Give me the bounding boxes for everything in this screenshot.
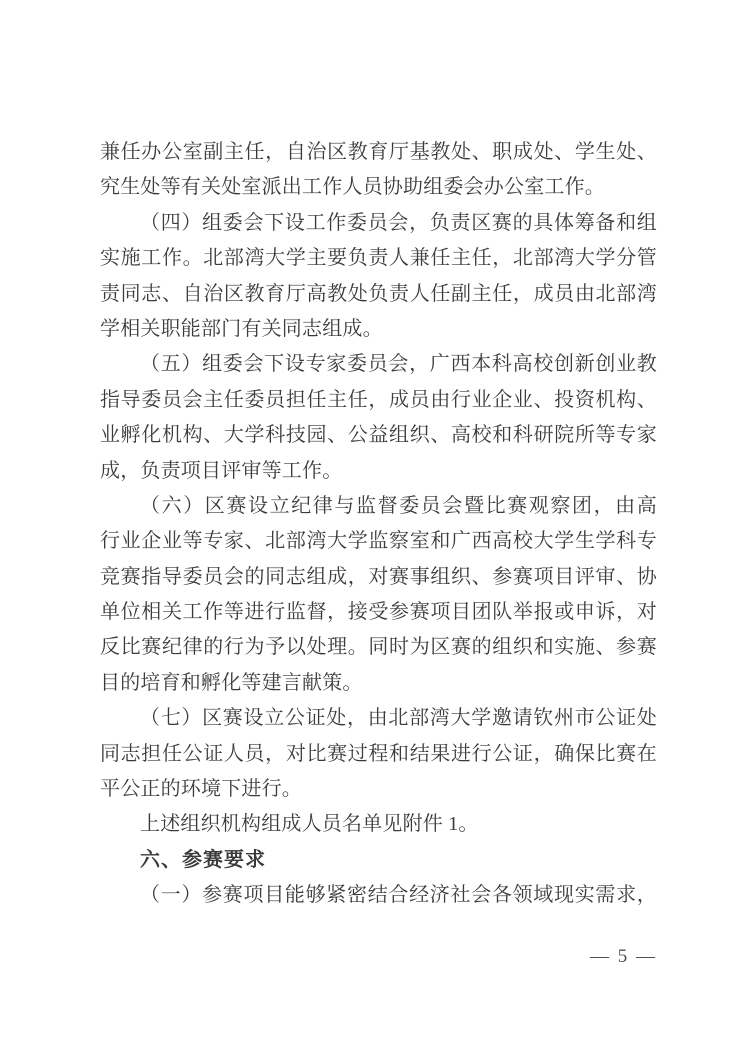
text-line: （五）组委会下设专家委员会，广西本科高校创新创业教育 bbox=[100, 347, 657, 382]
page-number: — 5 — bbox=[590, 946, 657, 968]
text-line: 指导委员会主任委员担任主任，成员由行业企业、投资机构、创 bbox=[100, 383, 657, 418]
text-line: 同志担任公证人员，对比赛过程和结果进行公证，确保比赛在公 bbox=[100, 737, 657, 772]
text-line: 上述组织机构组成人员名单见附件 1。 bbox=[100, 807, 657, 842]
text-line: 目的培育和孵化等建言献策。 bbox=[100, 666, 657, 701]
document-body: 兼任办公室副主任，自治区教育厅基教处、职成处、学生处、研究生处等有关处室派出工作… bbox=[100, 135, 657, 914]
text-line: 反比赛纪律的行为予以处理。同时为区赛的组织和实施、参赛项 bbox=[100, 630, 657, 665]
text-line: 责同志、自治区教育厅高教处负责人任副主任，成员由北部湾大 bbox=[100, 277, 657, 312]
text-line: 竞赛指导委员会的同志组成，对赛事组织、参赛项目评审、协办 bbox=[100, 560, 657, 595]
text-line: （四）组委会下设工作委员会，负责区赛的具体筹备和组织 bbox=[100, 206, 657, 241]
text-line: 单位相关工作等进行监督，接受参赛项目团队举报或申诉，对违 bbox=[100, 595, 657, 630]
text-line: 学相关职能部门有关同志组成。 bbox=[100, 312, 657, 347]
text-line: （一）参赛项目能够紧密结合经济社会各领域现实需求，充 bbox=[100, 878, 657, 913]
text-line: 究生处等有关处室派出工作人员协助组委会办公室工作。 bbox=[100, 170, 657, 205]
text-line: 行业企业等专家、北部湾大学监察室和广西高校大学生学科专业 bbox=[100, 524, 657, 559]
document-page: 兼任办公室副主任，自治区教育厅基教处、职成处、学生处、研究生处等有关处室派出工作… bbox=[0, 0, 750, 1060]
text-line: 成，负责项目评审等工作。 bbox=[100, 454, 657, 489]
text-line: 平公正的环境下进行。 bbox=[100, 772, 657, 807]
text-line: 业孵化机构、大学科技园、公益组织、高校和科研院所等专家组 bbox=[100, 418, 657, 453]
section-heading: 六、参赛要求 bbox=[100, 843, 657, 878]
text-line: （七）区赛设立公证处，由北部湾大学邀请钦州市公证处的 bbox=[100, 701, 657, 736]
text-line: 实施工作。北部湾大学主要负责人兼任主任，北部湾大学分管负 bbox=[100, 241, 657, 276]
text-line: 兼任办公室副主任，自治区教育厅基教处、职成处、学生处、研 bbox=[100, 135, 657, 170]
text-line: （六）区赛设立纪律与监督委员会暨比赛观察团，由高校、 bbox=[100, 489, 657, 524]
